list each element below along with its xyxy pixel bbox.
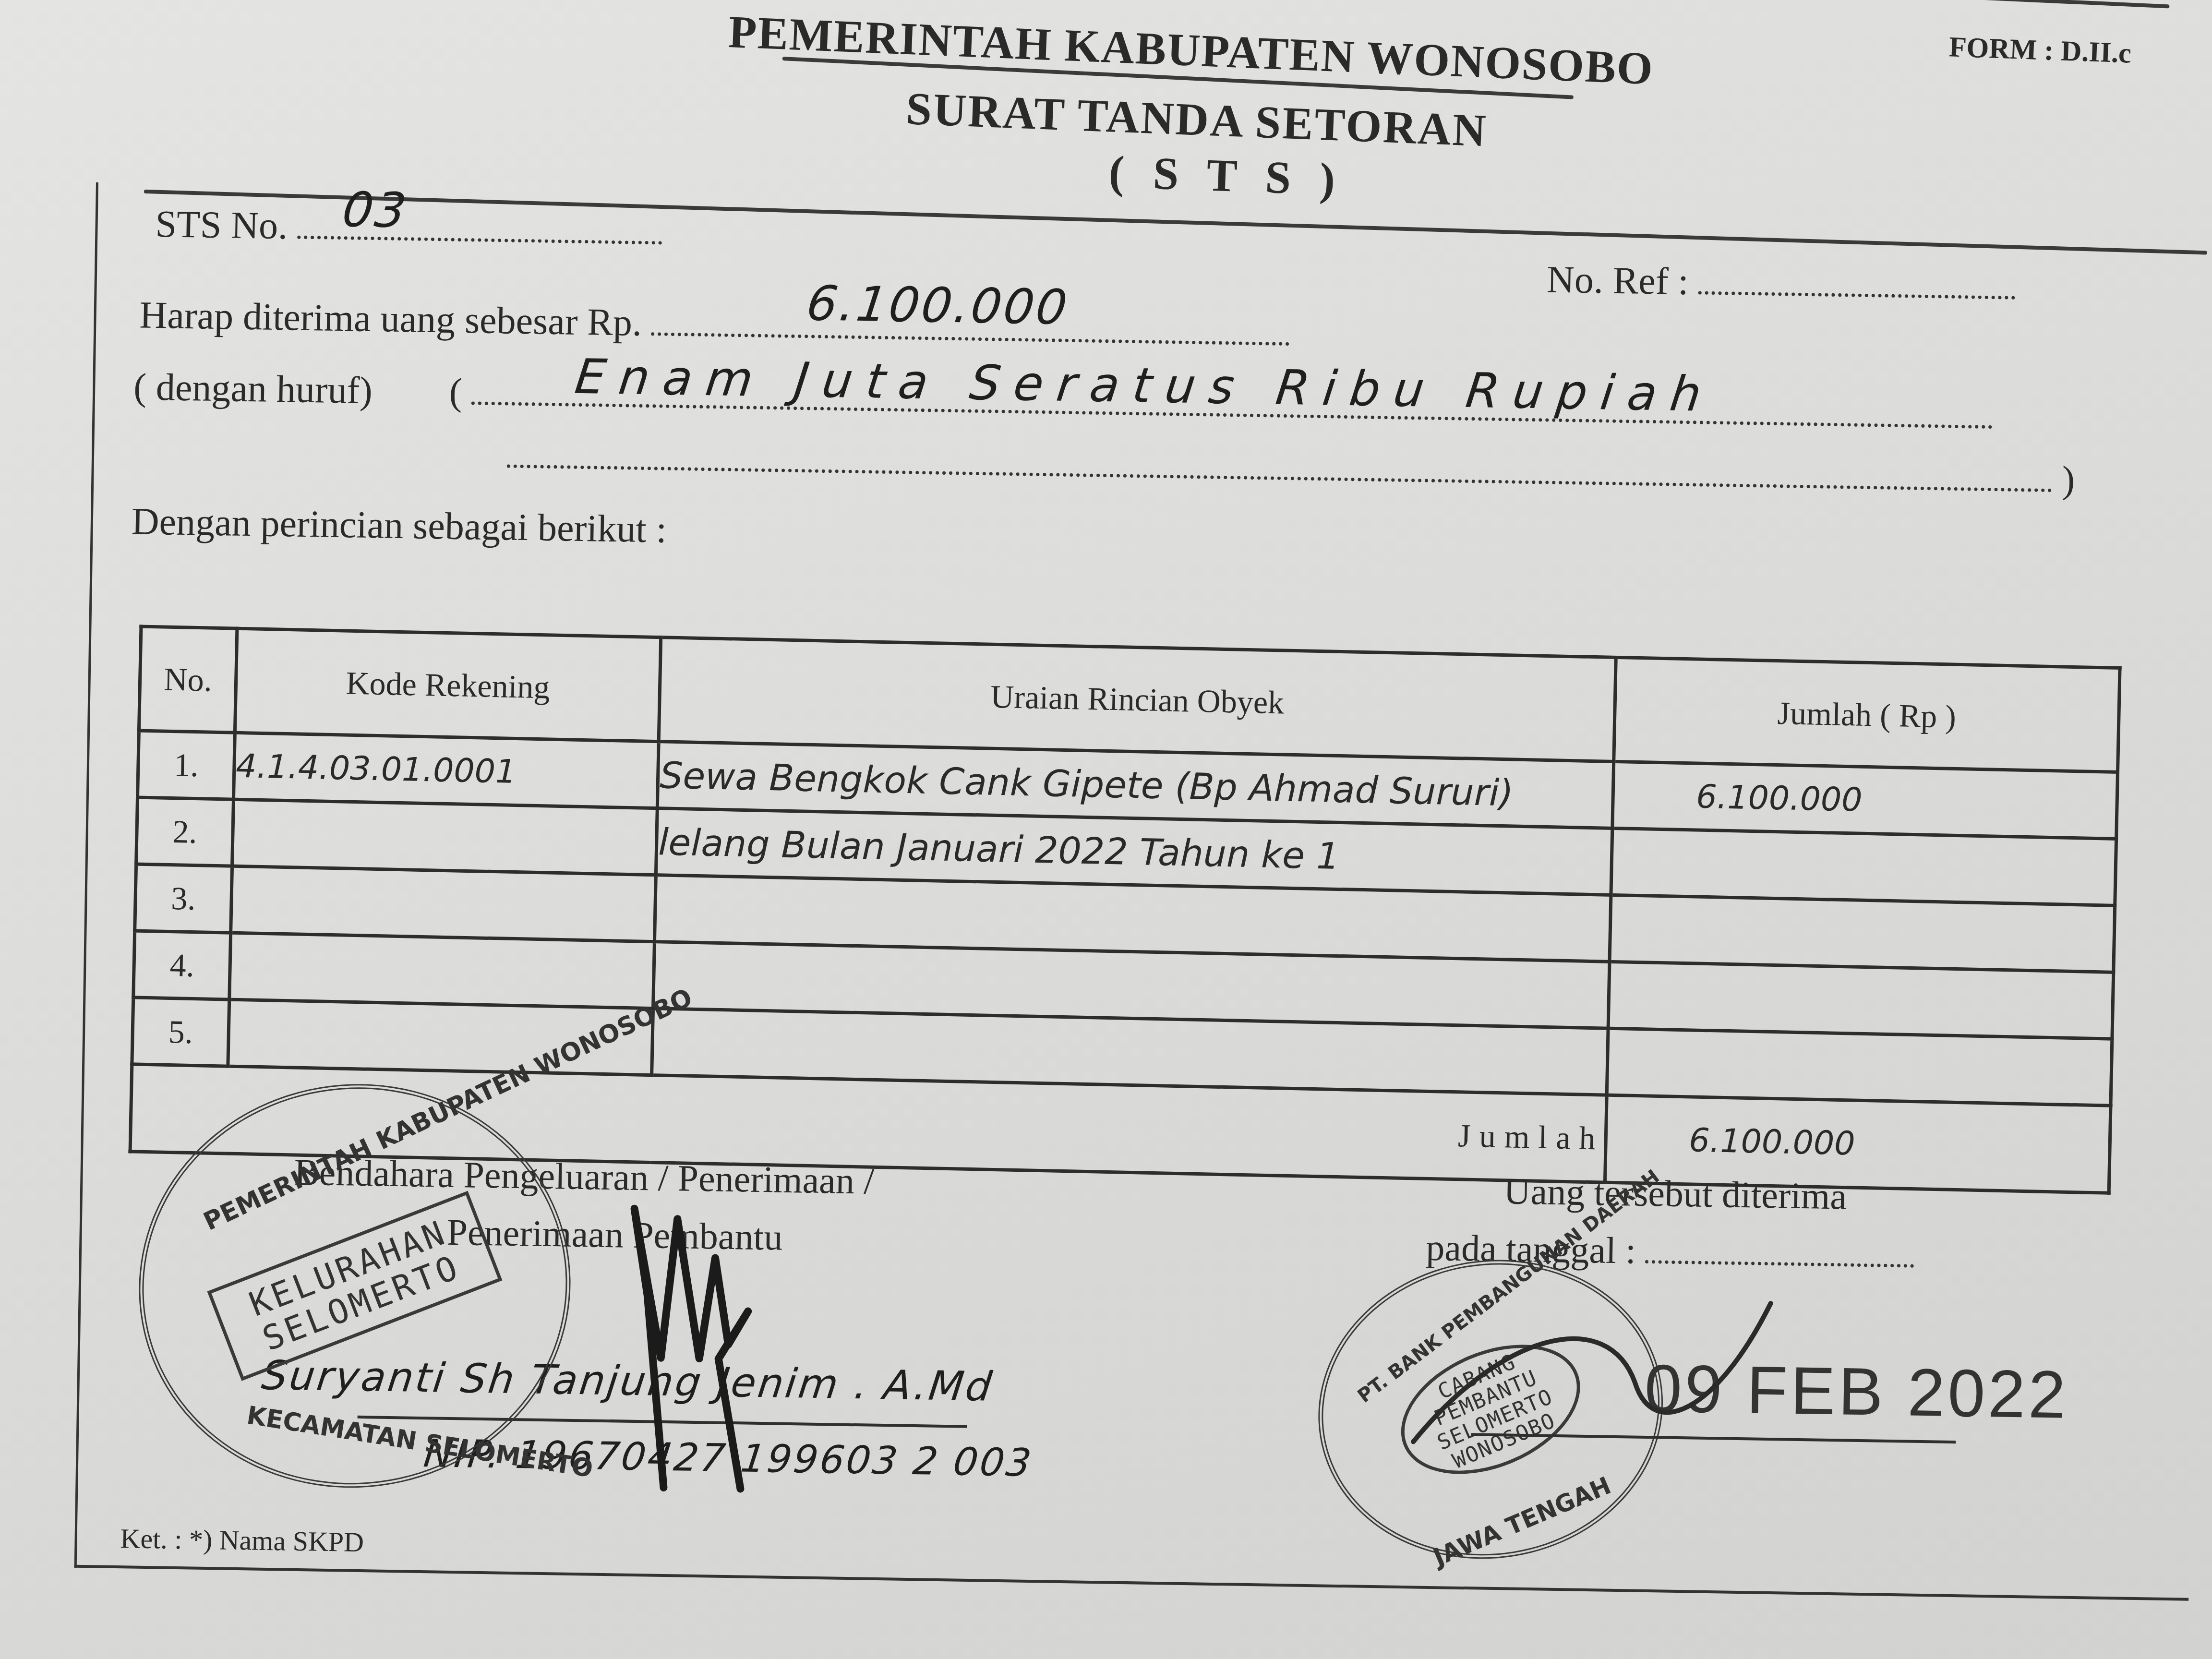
footer-note: Ket. : *) Nama SKPD	[120, 1522, 364, 1558]
sts-no-value: 03	[339, 181, 411, 239]
amount-field: Harap diterima uang sebesar Rp.	[139, 293, 1290, 355]
column-header-no: No.	[139, 626, 237, 733]
amount-words-dots-2	[507, 460, 2053, 493]
row-jumlah: 6.100.000	[1612, 761, 2118, 839]
row-no: 4.	[133, 931, 231, 999]
row-no: 3.	[135, 864, 232, 933]
row-jumlah	[1611, 828, 2116, 905]
column-header-uraian: Uraian Rincian Obyek	[659, 637, 1616, 762]
form-code: FORM : D.II.c	[1948, 30, 2132, 70]
header-rule-top-right	[1546, 0, 2169, 8]
kelurahan-stamp-center: KELURAHAN SELOMERTO	[207, 1191, 502, 1381]
amount-words-open-paren: (	[449, 371, 462, 413]
bank-stamp-ring-bottom: JAWA TENGAH	[1429, 1471, 1615, 1572]
row-kode-rekening	[229, 933, 655, 1008]
amount-value: 6.100.000	[804, 275, 1072, 335]
document-subtitle: ( S T S )	[1108, 144, 1345, 206]
sts-no-label: STS No.	[155, 203, 288, 247]
column-header-kode-rekening: Kode Rekening	[235, 628, 661, 741]
no-ref-label: No. Ref :	[1547, 259, 1689, 303]
amount-words-label: ( dengan huruf)	[133, 366, 373, 412]
details-label: Dengan perincian sebagai berikut :	[131, 500, 667, 552]
row-kode-rekening	[231, 866, 656, 941]
no-ref-field: No. Ref :	[1546, 258, 2015, 309]
received-title-line1: Uang tersebut diterima	[1503, 1169, 1847, 1218]
document-photo: PEMERINTAH KABUPATEN WONOSOBO FORM : D.I…	[0, 0, 2212, 1659]
row-no: 5.	[132, 998, 229, 1066]
receiver-signature-icon	[1404, 1283, 1887, 1464]
sts-no-field: STS No.	[155, 203, 662, 254]
amount-words-line-2: )	[506, 434, 2075, 502]
amount-label: Harap diterima uang sebesar Rp.	[139, 294, 642, 344]
row-kode-rekening: 4.1.4.03.01.0001	[233, 733, 659, 808]
no-ref-dots	[1698, 286, 2015, 299]
treasurer-signature-icon	[601, 1199, 807, 1500]
form-body: STS No. 03 No. Ref : Harap diterima uang…	[74, 182, 2211, 1601]
row-jumlah	[1608, 962, 2114, 1039]
row-jumlah	[1607, 1028, 2112, 1106]
row-jumlah	[1610, 895, 2115, 972]
amount-words-close-paren: )	[2062, 458, 2075, 501]
row-no: 2.	[136, 797, 234, 866]
government-name: PEMERINTAH KABUPATEN WONOSOBO	[728, 5, 1655, 95]
column-header-jumlah: Jumlah ( Rp )	[1614, 657, 2120, 772]
row-kode-rekening	[232, 799, 657, 875]
row-no: 1.	[138, 731, 235, 799]
document-title: SURAT TANDA SETORAN	[905, 82, 1488, 157]
received-date-dots	[1645, 1255, 1914, 1268]
